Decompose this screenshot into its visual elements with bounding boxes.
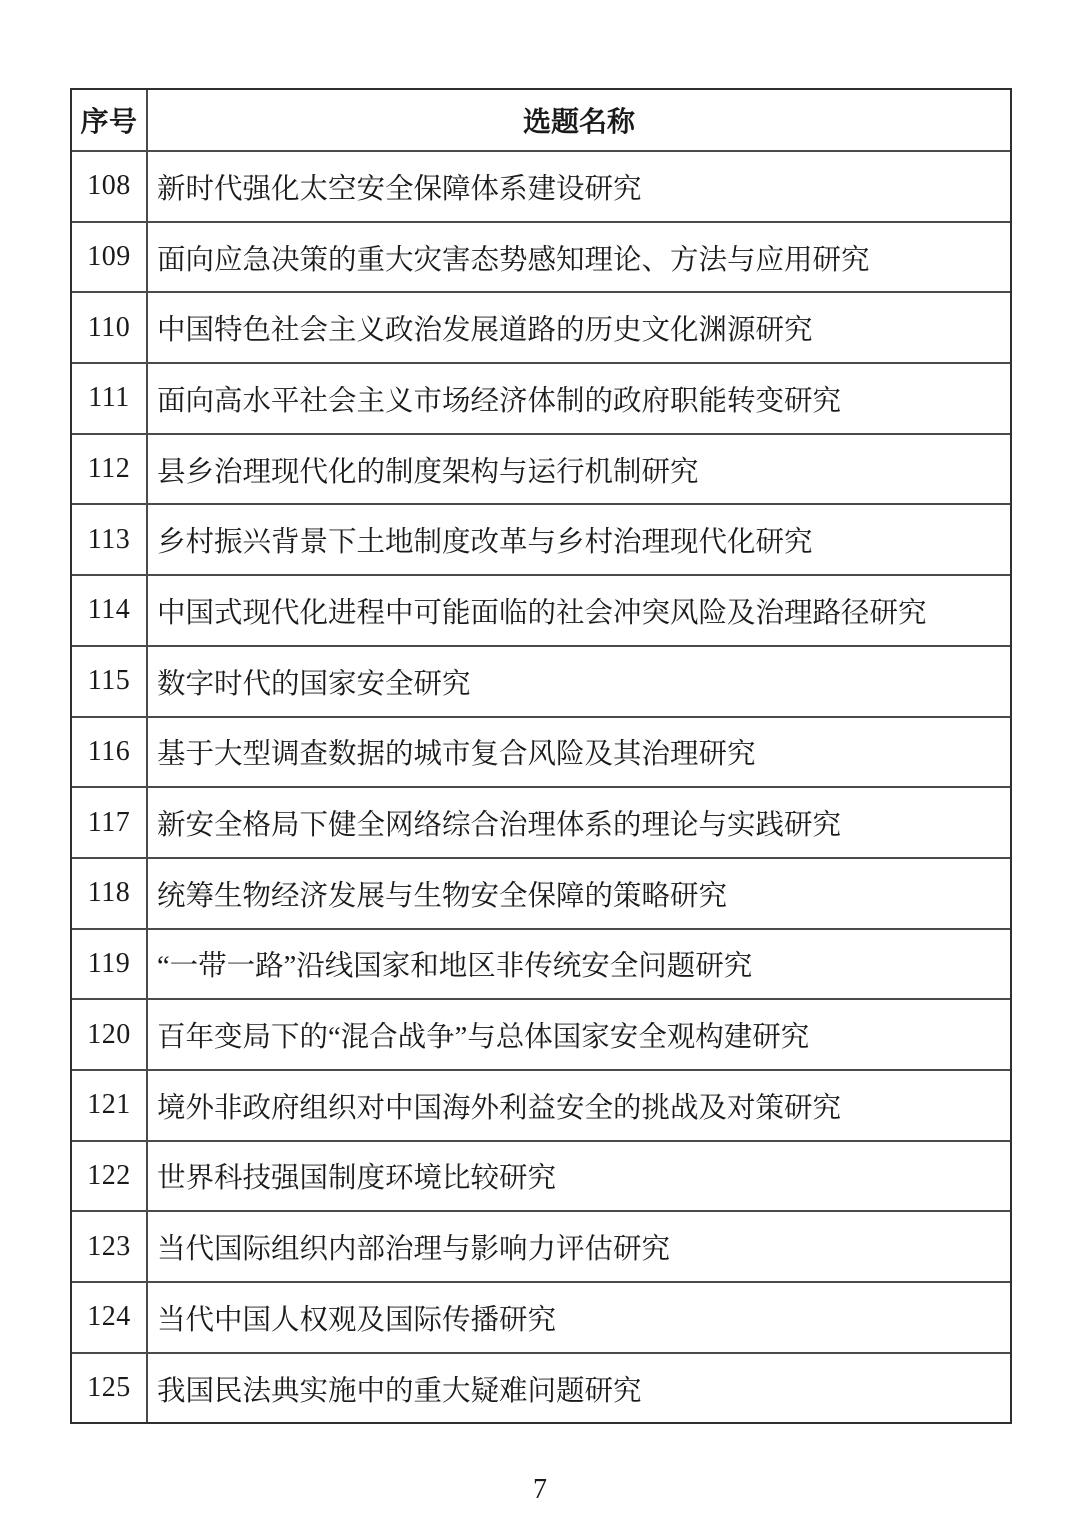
table-row: 110中国特色社会主义政治发展道路的历史文化渊源研究	[72, 291, 1010, 362]
row-title: 境外非政府组织对中国海外利益安全的挑战及对策研究	[148, 1071, 1010, 1140]
row-index: 117	[72, 788, 148, 857]
row-title: “一带一路”沿线国家和地区非传统安全问题研究	[148, 930, 1010, 999]
row-index: 112	[72, 435, 148, 504]
table-row: 116基于大型调查数据的城市复合风险及其治理研究	[72, 716, 1010, 787]
row-title: 中国特色社会主义政治发展道路的历史文化渊源研究	[148, 293, 1010, 362]
table-row: 117新安全格局下健全网络综合治理体系的理论与实践研究	[72, 786, 1010, 857]
row-index: 109	[72, 223, 148, 292]
row-title: 百年变局下的“混合战争”与总体国家安全观构建研究	[148, 1000, 1010, 1069]
row-title: 面向应急决策的重大灾害态势感知理论、方法与应用研究	[148, 223, 1010, 292]
table-row: 121境外非政府组织对中国海外利益安全的挑战及对策研究	[72, 1069, 1010, 1140]
table-row: 119“一带一路”沿线国家和地区非传统安全问题研究	[72, 928, 1010, 999]
page-number: 7	[0, 1474, 1080, 1506]
row-title: 世界科技强国制度环境比较研究	[148, 1142, 1010, 1211]
row-index: 110	[72, 293, 148, 362]
row-index: 118	[72, 859, 148, 928]
row-title: 中国式现代化进程中可能面临的社会冲突风险及治理路径研究	[148, 576, 1010, 645]
row-title: 面向高水平社会主义市场经济体制的政府职能转变研究	[148, 364, 1010, 433]
row-title: 我国民法典实施中的重大疑难问题研究	[148, 1354, 1010, 1423]
row-index: 108	[72, 152, 148, 221]
row-index: 122	[72, 1142, 148, 1211]
row-index: 114	[72, 576, 148, 645]
row-title: 新时代强化太空安全保障体系建设研究	[148, 152, 1010, 221]
row-index: 120	[72, 1000, 148, 1069]
table-row: 114中国式现代化进程中可能面临的社会冲突风险及治理路径研究	[72, 574, 1010, 645]
row-index: 121	[72, 1071, 148, 1140]
table-row: 112县乡治理现代化的制度架构与运行机制研究	[72, 433, 1010, 504]
row-index: 116	[72, 718, 148, 787]
table-row: 115数字时代的国家安全研究	[72, 645, 1010, 716]
table-row: 109面向应急决策的重大灾害态势感知理论、方法与应用研究	[72, 221, 1010, 292]
table-row: 113乡村振兴背景下土地制度改革与乡村治理现代化研究	[72, 503, 1010, 574]
header-index: 序号	[72, 90, 148, 150]
table-row: 125我国民法典实施中的重大疑难问题研究	[72, 1352, 1010, 1423]
table-row: 111面向高水平社会主义市场经济体制的政府职能转变研究	[72, 362, 1010, 433]
row-index: 125	[72, 1354, 148, 1423]
row-title: 基于大型调查数据的城市复合风险及其治理研究	[148, 718, 1010, 787]
table-body: 108新时代强化太空安全保障体系建设研究109面向应急决策的重大灾害态势感知理论…	[72, 150, 1010, 1422]
table-row: 123当代国际组织内部治理与影响力评估研究	[72, 1210, 1010, 1281]
row-title: 数字时代的国家安全研究	[148, 647, 1010, 716]
table-row: 120百年变局下的“混合战争”与总体国家安全观构建研究	[72, 998, 1010, 1069]
row-index: 123	[72, 1212, 148, 1281]
row-title: 县乡治理现代化的制度架构与运行机制研究	[148, 435, 1010, 504]
row-title: 乡村振兴背景下土地制度改革与乡村治理现代化研究	[148, 505, 1010, 574]
row-title: 统筹生物经济发展与生物安全保障的策略研究	[148, 859, 1010, 928]
table-row: 124当代中国人权观及国际传播研究	[72, 1281, 1010, 1352]
row-title: 新安全格局下健全网络综合治理体系的理论与实践研究	[148, 788, 1010, 857]
topics-table: 序号 选题名称 108新时代强化太空安全保障体系建设研究109面向应急决策的重大…	[70, 88, 1012, 1424]
document-page: 序号 选题名称 108新时代强化太空安全保障体系建设研究109面向应急决策的重大…	[0, 0, 1080, 1528]
row-title: 当代国际组织内部治理与影响力评估研究	[148, 1212, 1010, 1281]
header-title: 选题名称	[148, 90, 1010, 150]
table-row: 118统筹生物经济发展与生物安全保障的策略研究	[72, 857, 1010, 928]
row-index: 119	[72, 930, 148, 999]
row-title: 当代中国人权观及国际传播研究	[148, 1283, 1010, 1352]
row-index: 111	[72, 364, 148, 433]
row-index: 113	[72, 505, 148, 574]
table-row: 122世界科技强国制度环境比较研究	[72, 1140, 1010, 1211]
table-header-row: 序号 选题名称	[72, 90, 1010, 150]
row-index: 124	[72, 1283, 148, 1352]
table-row: 108新时代强化太空安全保障体系建设研究	[72, 150, 1010, 221]
row-index: 115	[72, 647, 148, 716]
